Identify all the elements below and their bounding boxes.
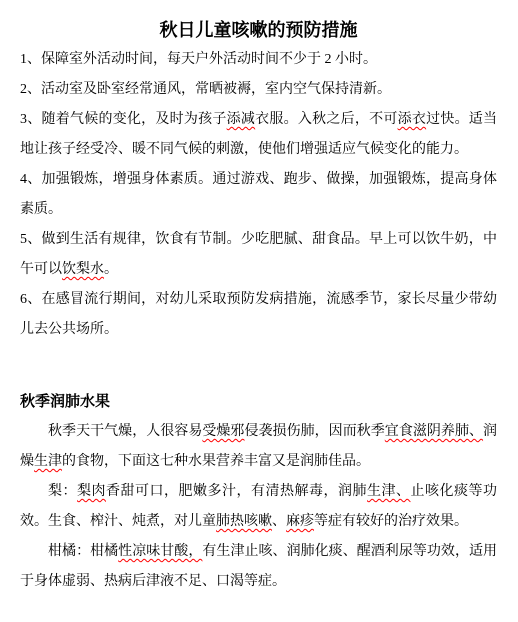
list-item-2: 2、活动室及卧室经常通风，常晒被褥，室内空气保持清新。 <box>20 75 497 105</box>
text-run: 秋季天干气燥，人很容易 <box>48 424 202 439</box>
text-run: 等症有较好的治疗效果。 <box>314 514 468 529</box>
list-item-4: 4、加强锻炼，增强身体素质。通过游戏、跑步、做操，加强锻炼，提高身体素质。 <box>20 165 497 225</box>
text-run: 衣服。入秋之后，不可 <box>255 112 397 127</box>
misspelled-text: 添衣 <box>398 112 427 127</box>
misspelled-text: 宜食滋阴养肺、 <box>385 424 483 439</box>
misspelled-text: 受燥邪 <box>202 424 244 439</box>
text-run: 1、保障室外活动时间，每天户外活动时间不少于 2 小时。 <box>20 52 377 67</box>
section-heading: 秋季润肺水果 <box>20 387 497 417</box>
misspelled-text: 麻疹 <box>286 514 314 529</box>
text-run: 梨： <box>48 484 77 499</box>
misspelled-text: 肺热咳嗽 <box>216 514 272 529</box>
misspelled-text: 生津、 <box>367 484 411 499</box>
text-run: 香甜可口，肥嫩多汁，有清热解毒，润肺 <box>106 484 367 499</box>
text-run: 3、随着气候的变化，及时为孩子 <box>20 112 227 127</box>
document-title: 秋日儿童咳嗽的预防措施 <box>20 15 497 45</box>
misspelled-text: 添减 <box>227 112 256 127</box>
paragraph-citrus: 柑橘：柑橘性凉味甘酸，有生津止咳、润肺化痰、醒酒利尿等功效，适用于身体虚弱、热病… <box>20 537 497 597</box>
list-item-6: 6、在感冒流行期间，对幼儿采取预防发病措施，流感季节，家长尽量少带幼儿去公共场所… <box>20 285 497 345</box>
misspelled-text: 生津 <box>34 454 62 469</box>
list-item-1: 1、保障室外活动时间，每天户外活动时间不少于 2 小时。 <box>20 45 497 75</box>
misspelled-text: 梨肉 <box>77 484 106 499</box>
text-run: 6、在感冒流行期间，对幼儿采取预防发病措施，流感季节，家长尽量少带幼儿去公共场所… <box>20 292 497 337</box>
misspelled-text: 饮梨水 <box>62 262 104 277</box>
paragraph-pear: 梨：梨肉香甜可口，肥嫩多汁，有清热解毒，润肺生津、止咳化痰等功效。生食、榨汁、炖… <box>20 477 497 537</box>
text-run: 秋日儿童咳嗽的预防措施 <box>160 20 358 40</box>
text-run: 2、活动室及卧室经常通风，常晒被褥，室内空气保持清新。 <box>20 82 391 97</box>
text-run: 侵袭损伤肺，因而秋季 <box>244 424 384 439</box>
list-item-3: 3、随着气候的变化，及时为孩子添减衣服。入秋之后，不可添衣过快。适当地让孩子经受… <box>20 105 497 165</box>
text-run: 柑橘：柑橘 <box>48 544 118 559</box>
text-run: 秋季润肺水果 <box>20 394 110 410</box>
text-run: 的食物，下面这七种水果营养丰富又是润肺佳品。 <box>62 454 370 469</box>
text-run: 、 <box>272 514 286 529</box>
text-run: 。 <box>104 262 118 277</box>
text-run: 4、加强锻炼，增强身体素质。通过游戏、跑步、做操，加强锻炼，提高身体素质。 <box>20 172 497 217</box>
document-page: 秋日儿童咳嗽的预防措施 1、保障室外活动时间，每天户外活动时间不少于 2 小时。… <box>0 0 518 622</box>
list-item-5: 5、做到生活有规律，饮食有节制。少吃肥腻、甜食品。早上可以饮牛奶，中午可以饮梨水… <box>20 225 497 285</box>
misspelled-text: 性凉味甘酸， <box>118 544 202 559</box>
paragraph-intro: 秋季天干气燥，人很容易受燥邪侵袭损伤肺，因而秋季宜食滋阴养肺、润燥生津的食物，下… <box>20 417 497 477</box>
